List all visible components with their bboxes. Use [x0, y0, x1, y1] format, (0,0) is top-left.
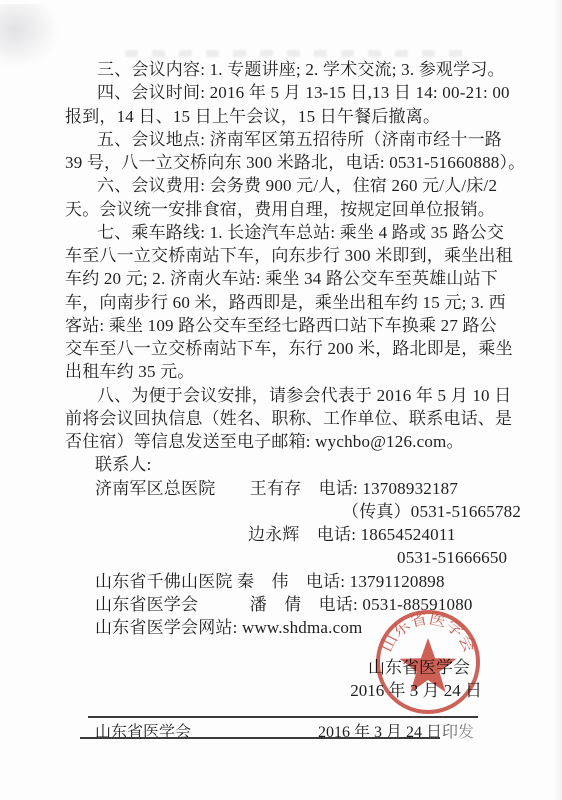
- text-line: 报到，14 日、15 日上午会议，15 日午餐后撤离。: [65, 105, 487, 128]
- signature-block: 山东省医学会 2016 年 3 月 24 日: [350, 656, 562, 702]
- text-line: 交车至八一立交桥南站下车，东行 200 米，路北即是，乘坐: [65, 337, 487, 360]
- text-line: 出租车约 35 元。: [65, 360, 487, 383]
- scan-smudge: [0, 4, 60, 68]
- text-line: 六、会议费用: 会务费 900 元/人，住宿 260 元/人/床/2: [65, 174, 487, 197]
- text-line: 七、乘车路线: 1. 长途汽车总站: 乘坐 4 路或 35 路公交: [65, 221, 487, 244]
- text-line: 车至八一立交桥南站下车，向东步行 300 米即到，乘坐出租: [65, 244, 487, 267]
- text-line: 联系人:: [65, 453, 487, 476]
- text-line: 山东省医学会网站: www.shdma.com: [65, 616, 487, 639]
- text-line: 山东省千佛山医院 秦 伟 电话: 13791120898: [65, 570, 487, 593]
- text-line: （传真）0531-51665782: [65, 500, 487, 523]
- document-body: 三、会议内容: 1. 专题讲座; 2. 学术交流; 3. 参观学习。四、会议时间…: [65, 58, 487, 639]
- text-line: 五、会议地点: 济南军区第五招待所（济南市经十一路: [65, 128, 487, 151]
- text-line: 0531-51666650: [65, 546, 487, 569]
- scan-bleed-artifact: [125, 50, 470, 57]
- text-line: 车约 20 元; 2. 济南火车站: 乘坐 34 路公交车至英雄山站下: [65, 267, 487, 290]
- text-line: 车，向南步行 60 米，路西即是，乘坐出租车约 15 元; 3. 西: [65, 291, 487, 314]
- text-line: 四、会议时间: 2016 年 5 月 13-15 日,13 日 14: 00-2…: [65, 81, 487, 104]
- signature-date: 2016 年 3 月 24 日: [350, 679, 482, 702]
- signature-org: 山东省医学会: [350, 656, 470, 679]
- text-line: 三、会议内容: 1. 专题讲座; 2. 学术交流; 3. 参观学习。: [65, 58, 487, 81]
- text-line: 山东省医学会 潘 倩 电话: 0531-88591080: [65, 593, 487, 616]
- text-line: 前将会议回执信息（姓名、职称、工作单位、联系电话、是: [65, 407, 487, 430]
- scanned-notice-page: 三、会议内容: 1. 专题讲座; 2. 学术交流; 3. 参观学习。四、会议时间…: [0, 0, 562, 800]
- text-line: 济南军区总医院 王有存 电话: 13708932187: [65, 477, 487, 500]
- text-line: 39 号，八一立交桥向东 300 米路北，电话: 0531-51660888）。: [65, 151, 487, 174]
- text-line: 八、为便于会议安排，请参会代表于 2016 年 5 月 10 日: [65, 384, 487, 407]
- footer-rule-bottom: [80, 737, 440, 739]
- text-line: 天。会议统一安排食宿，费用自理，按规定回单位报销。: [65, 198, 487, 221]
- text-line: 边永辉 电话: 18654524011: [65, 523, 487, 546]
- footer-rule-top: [88, 716, 478, 718]
- text-line: 否住宿）等信息发送至电子邮箱: wychbo@126.com。: [65, 430, 487, 453]
- text-line: 客站: 乘坐 109 路公交车至经七路西口站下车换乘 27 路公: [65, 314, 487, 337]
